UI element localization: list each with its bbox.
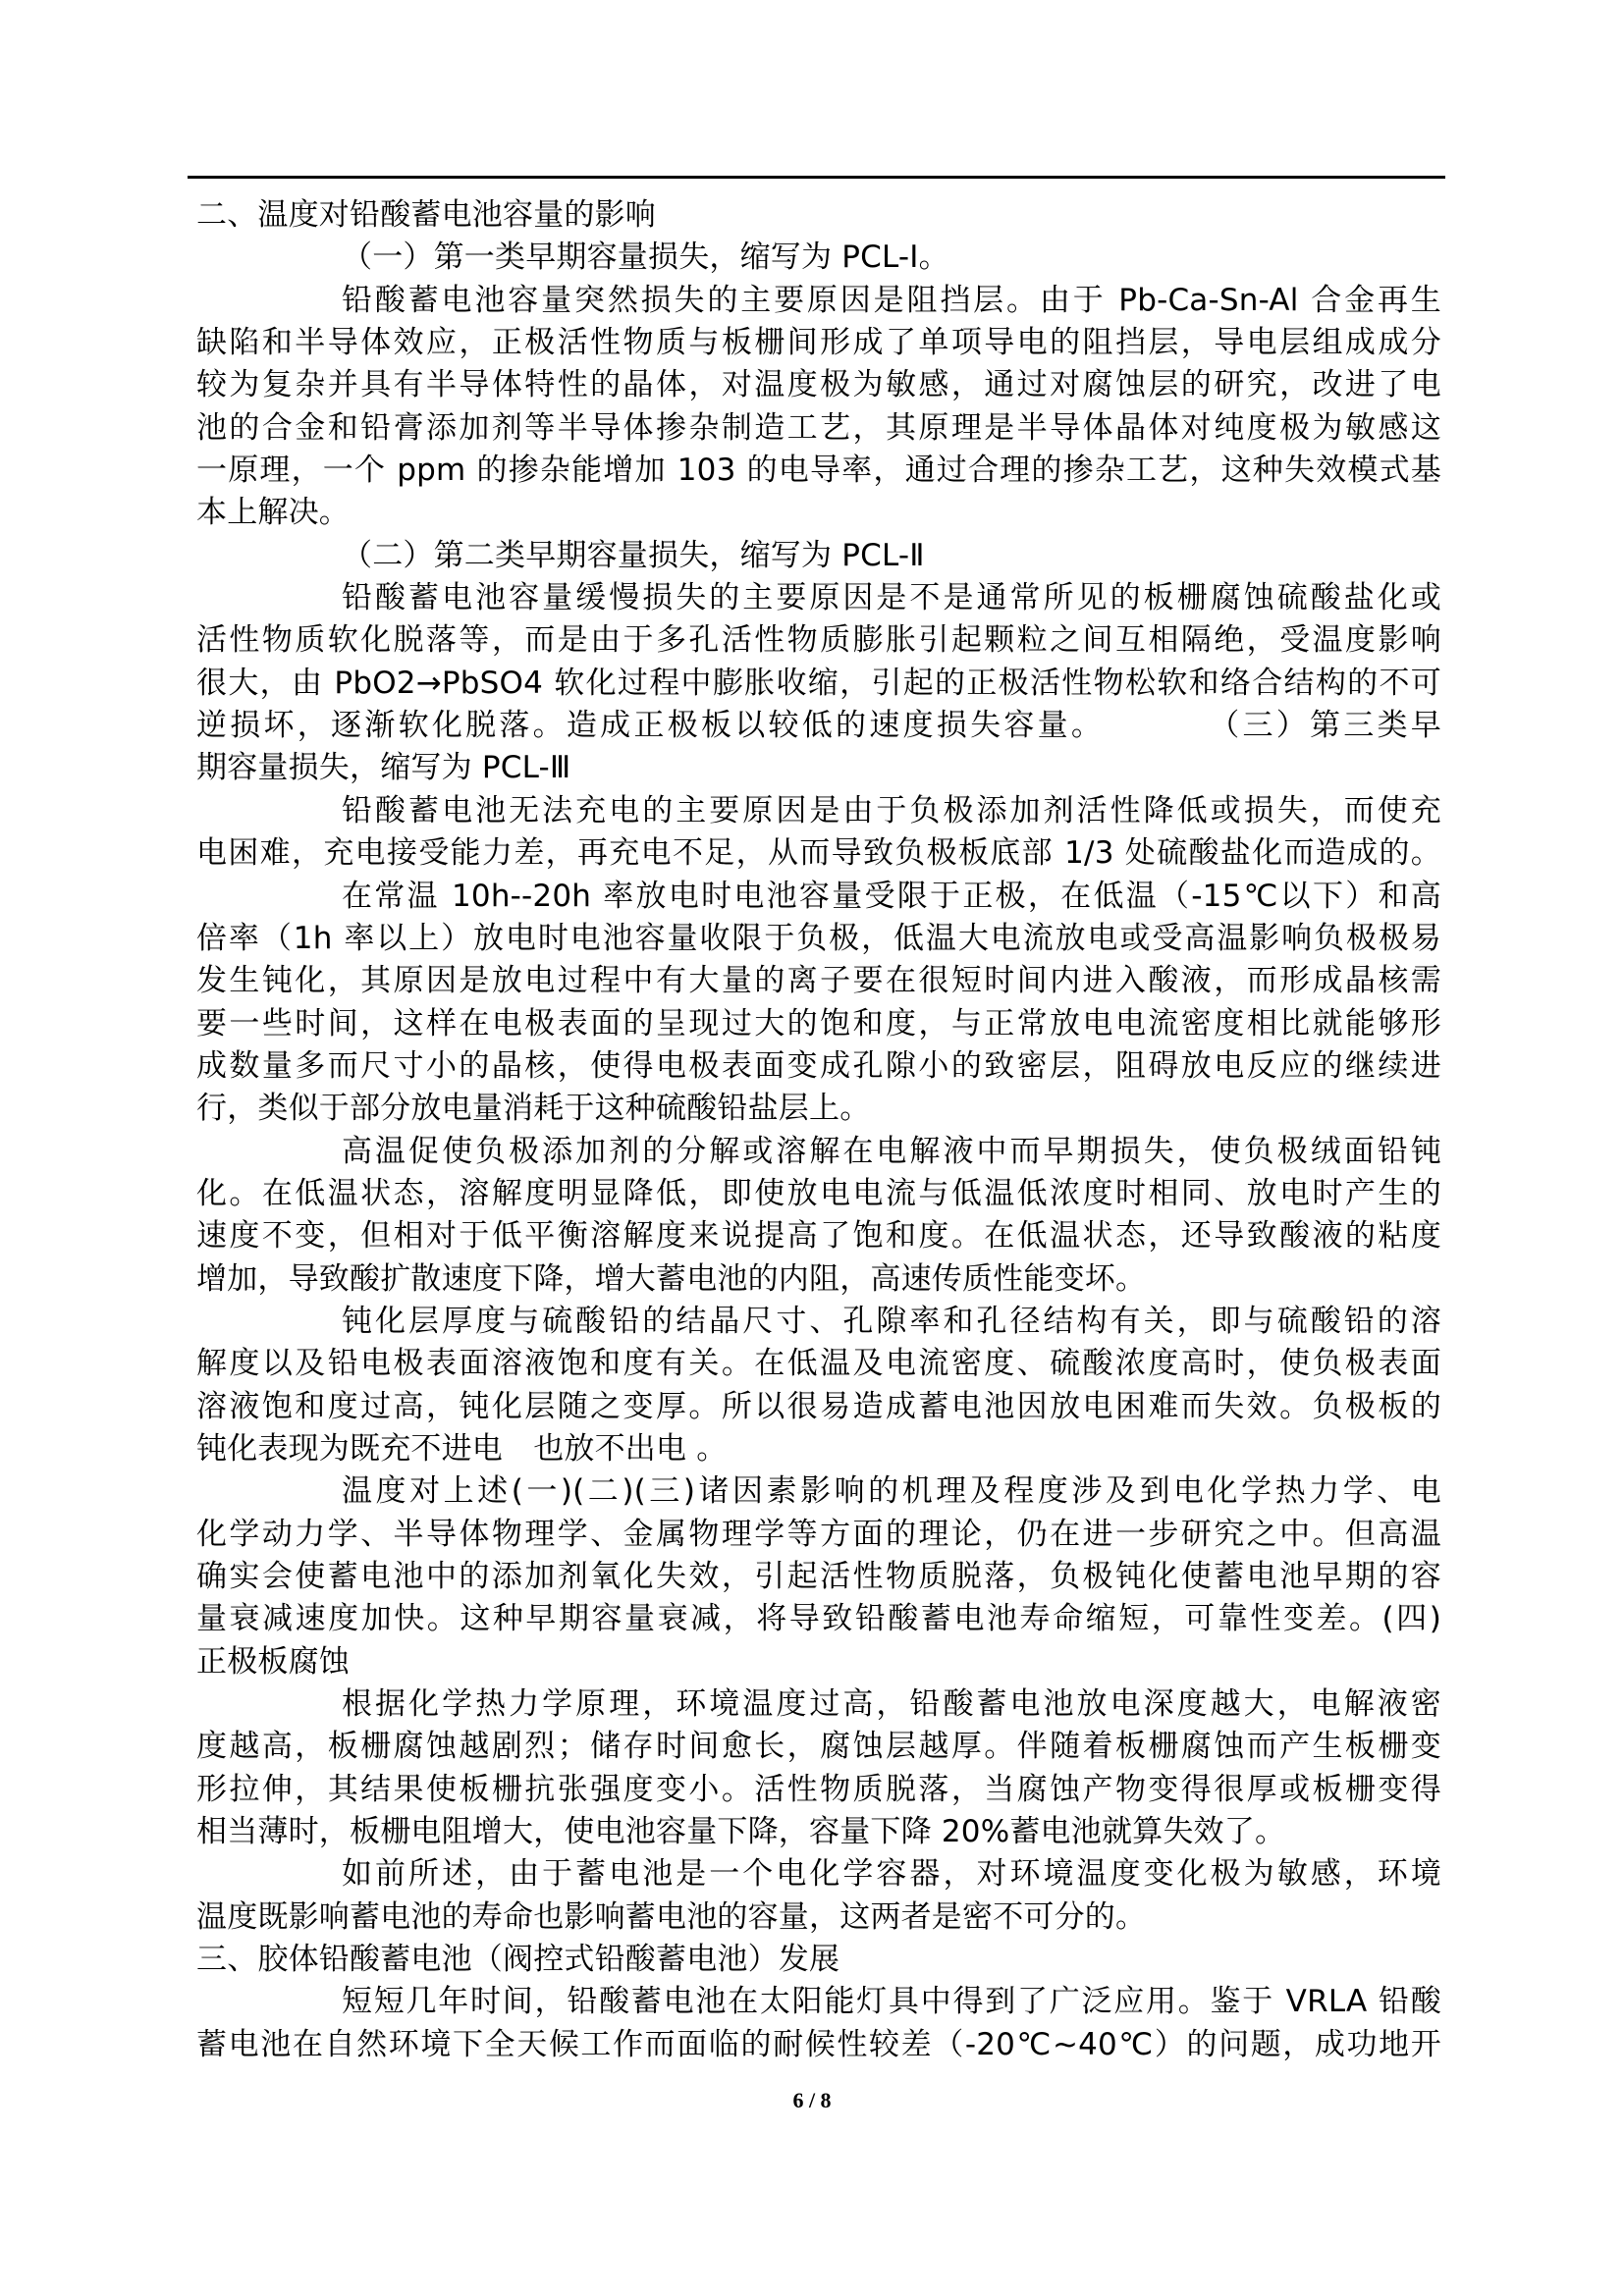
paragraph-line: 电困难，充电接受能力差，再充电不足，从而导致负极板底部 1/3 处硫酸盐化而造成… [196, 832, 1441, 875]
paragraph-line: 行，类似于部分放电量消耗于这种硫酸铅盐层上。 [196, 1088, 1441, 1130]
paragraph-line: 增加，导致酸扩散速度下降，增大蓄电池的内阻，高速传质性能变坏。 [196, 1258, 1441, 1301]
paragraph-line: 较为复杂并具有半导体特性的晶体，对温度极为敏感，通过对腐蚀层的研究，改进了电 [196, 364, 1441, 406]
paragraph-line: 短短几年时间，铅酸蓄电池在太阳能灯具中得到了广泛应用。鉴于 VRLA 铅酸 [196, 1981, 1441, 2023]
paragraph-line: 解度以及铅电极表面溶液饱和度有关。在低温及电流密度、硫酸浓度高时，使负极表面 [196, 1343, 1441, 1385]
subheading-line: （一）第一类早期容量损失，缩写为 PCL-Ⅰ。 [196, 237, 1441, 279]
paragraph-line: 度越高，板栅腐蚀越剧烈；储存时间愈长，腐蚀层越厚。伴随着板栅腐蚀而产生板栅变 [196, 1726, 1441, 1768]
paragraph-line: 铅酸蓄电池容量缓慢损失的主要原因是不是通常所见的板栅腐蚀硫酸盐化或 [196, 577, 1441, 619]
paragraph-line: 钝化表现为既充不进电 也放不出电 。 [196, 1428, 1441, 1470]
paragraph-line: 成数量多而尺寸小的晶核，使得电极表面变成孔隙小的致密层，阻碍放电反应的继续进 [196, 1045, 1441, 1088]
section-heading: 三、胶体铅酸蓄电池（阀控式铅酸蓄电池）发展 [196, 1939, 1441, 1981]
paragraph-line: 钝化层厚度与硫酸铅的结晶尺寸、孔隙率和孔径结构有关，即与硫酸铅的溶 [196, 1301, 1441, 1343]
paragraph-line: 溶液饱和度过高，钝化层随之变厚。所以很易造成蓄电池因放电困难而失效。负极板的 [196, 1386, 1441, 1428]
paragraph-line: 在常温 10h--20h 率放电时电池容量受限于正极，在低温（-15℃以下）和高 [196, 876, 1441, 918]
paragraph-line: 相当薄时，板栅电阻增大，使电池容量下降，容量下降 20%蓄电池就算失效了。 [196, 1811, 1441, 1853]
document-body: 二、温度对铅酸蓄电池容量的影响 （一）第一类早期容量损失，缩写为 PCL-Ⅰ。 … [196, 194, 1441, 2066]
paragraph-line: 铅酸蓄电池无法充电的主要原因是由于负极添加剂活性降低或损失，而使充 [196, 790, 1441, 832]
paragraph-line: 一原理，一个 ppm 的掺杂能增加 103 的电导率，通过合理的掺杂工艺，这种失… [196, 450, 1441, 492]
paragraph-line: 很大，由 PbO2→PbSO4 软化过程中膨胀收缩，引起的正极活性物松软和络合结… [196, 663, 1441, 705]
paragraph-line: 缺陷和半导体效应，正极活性物质与板栅间形成了单项导电的阻挡层，导电层组成成分 [196, 322, 1441, 364]
paragraph-line: 本上解决。 [196, 492, 1441, 534]
paragraph-line: 温度对上述(一)(二)(三)诸因素影响的机理及程度涉及到电化学热力学、电 [196, 1470, 1441, 1513]
paragraph-line: 活性物质软化脱落等，而是由于多孔活性物质膨胀引起颗粒之间互相隔绝，受温度影响 [196, 619, 1441, 662]
paragraph-line: 化。在低温状态，溶解度明显降低，即使放电电流与低温低浓度时相同、放电时产生的 [196, 1173, 1441, 1215]
paragraph-line: 要一些时间，这样在电极表面的呈现过大的饱和度，与正常放电电流密度相比就能够形 [196, 1003, 1441, 1045]
paragraph-line: 确实会使蓄电池中的添加剂氧化失效，引起活性物质脱落，负极钝化使蓄电池早期的容 [196, 1556, 1441, 1598]
paragraph-line: 如前所述，由于蓄电池是一个电化学容器，对环境温度变化极为敏感，环境 [196, 1853, 1441, 1896]
subheading-line: 期容量损失，缩写为 PCL-Ⅲ [196, 747, 1441, 789]
section-heading: 二、温度对铅酸蓄电池容量的影响 [196, 194, 1441, 237]
document-page: 二、温度对铅酸蓄电池容量的影响 （一）第一类早期容量损失，缩写为 PCL-Ⅰ。 … [0, 0, 1624, 2296]
subheading-line: 正极板腐蚀 [196, 1641, 1441, 1683]
paragraph-line: 蓄电池在自然环境下全天候工作而面临的耐候性较差（-20℃~40℃）的问题，成功地… [196, 2024, 1441, 2066]
paragraph-line: 逆损坏，逐渐软化脱落。造成正极板以较低的速度损失容量。 （三）第三类早 [196, 705, 1441, 747]
paragraph-line: 化学动力学、半导体物理学、金属物理学等方面的理论，仍在进一步研究之中。但高温 [196, 1514, 1441, 1556]
page-number: 6 / 8 [0, 2088, 1624, 2113]
paragraph-line: 形拉伸，其结果使板栅抗张强度变小。活性物质脱落，当腐蚀产物变得很厚或板栅变得 [196, 1769, 1441, 1811]
paragraph-line: 池的合金和铅膏添加剂等半导体掺杂制造工艺，其原理是半导体晶体对纯度极为敏感这 [196, 407, 1441, 450]
paragraph-line: 速度不变，但相对于低平衡溶解度来说提高了饱和度。在低温状态，还导致酸液的粘度 [196, 1215, 1441, 1257]
header-rule [188, 176, 1445, 179]
paragraph-line: 根据化学热力学原理，环境温度过高，铅酸蓄电池放电深度越大，电解液密 [196, 1683, 1441, 1726]
paragraph-line: 铅酸蓄电池容量突然损失的主要原因是阻挡层。由于 Pb-Ca-Sn-Al 合金再生 [196, 280, 1441, 322]
paragraph-line: 发生钝化，其原因是放电过程中有大量的离子要在很短时间内进入酸液，而形成晶核需 [196, 960, 1441, 1002]
paragraph-line: 高温促使负极添加剂的分解或溶解在电解液中而早期损失，使负极绒面铅钝 [196, 1131, 1441, 1173]
paragraph-line: 倍率（1h 率以上）放电时电池容量收限于负极，低温大电流放电或受高温影响负极极易 [196, 918, 1441, 960]
paragraph-line: 量衰减速度加快。这种早期容量衰减，将导致铅酸蓄电池寿命缩短，可靠性变差。(四) [196, 1598, 1441, 1640]
subheading-line: （二）第二类早期容量损失，缩写为 PCL-Ⅱ [196, 535, 1441, 577]
paragraph-line: 温度既影响蓄电池的寿命也影响蓄电池的容量，这两者是密不可分的。 [196, 1896, 1441, 1939]
